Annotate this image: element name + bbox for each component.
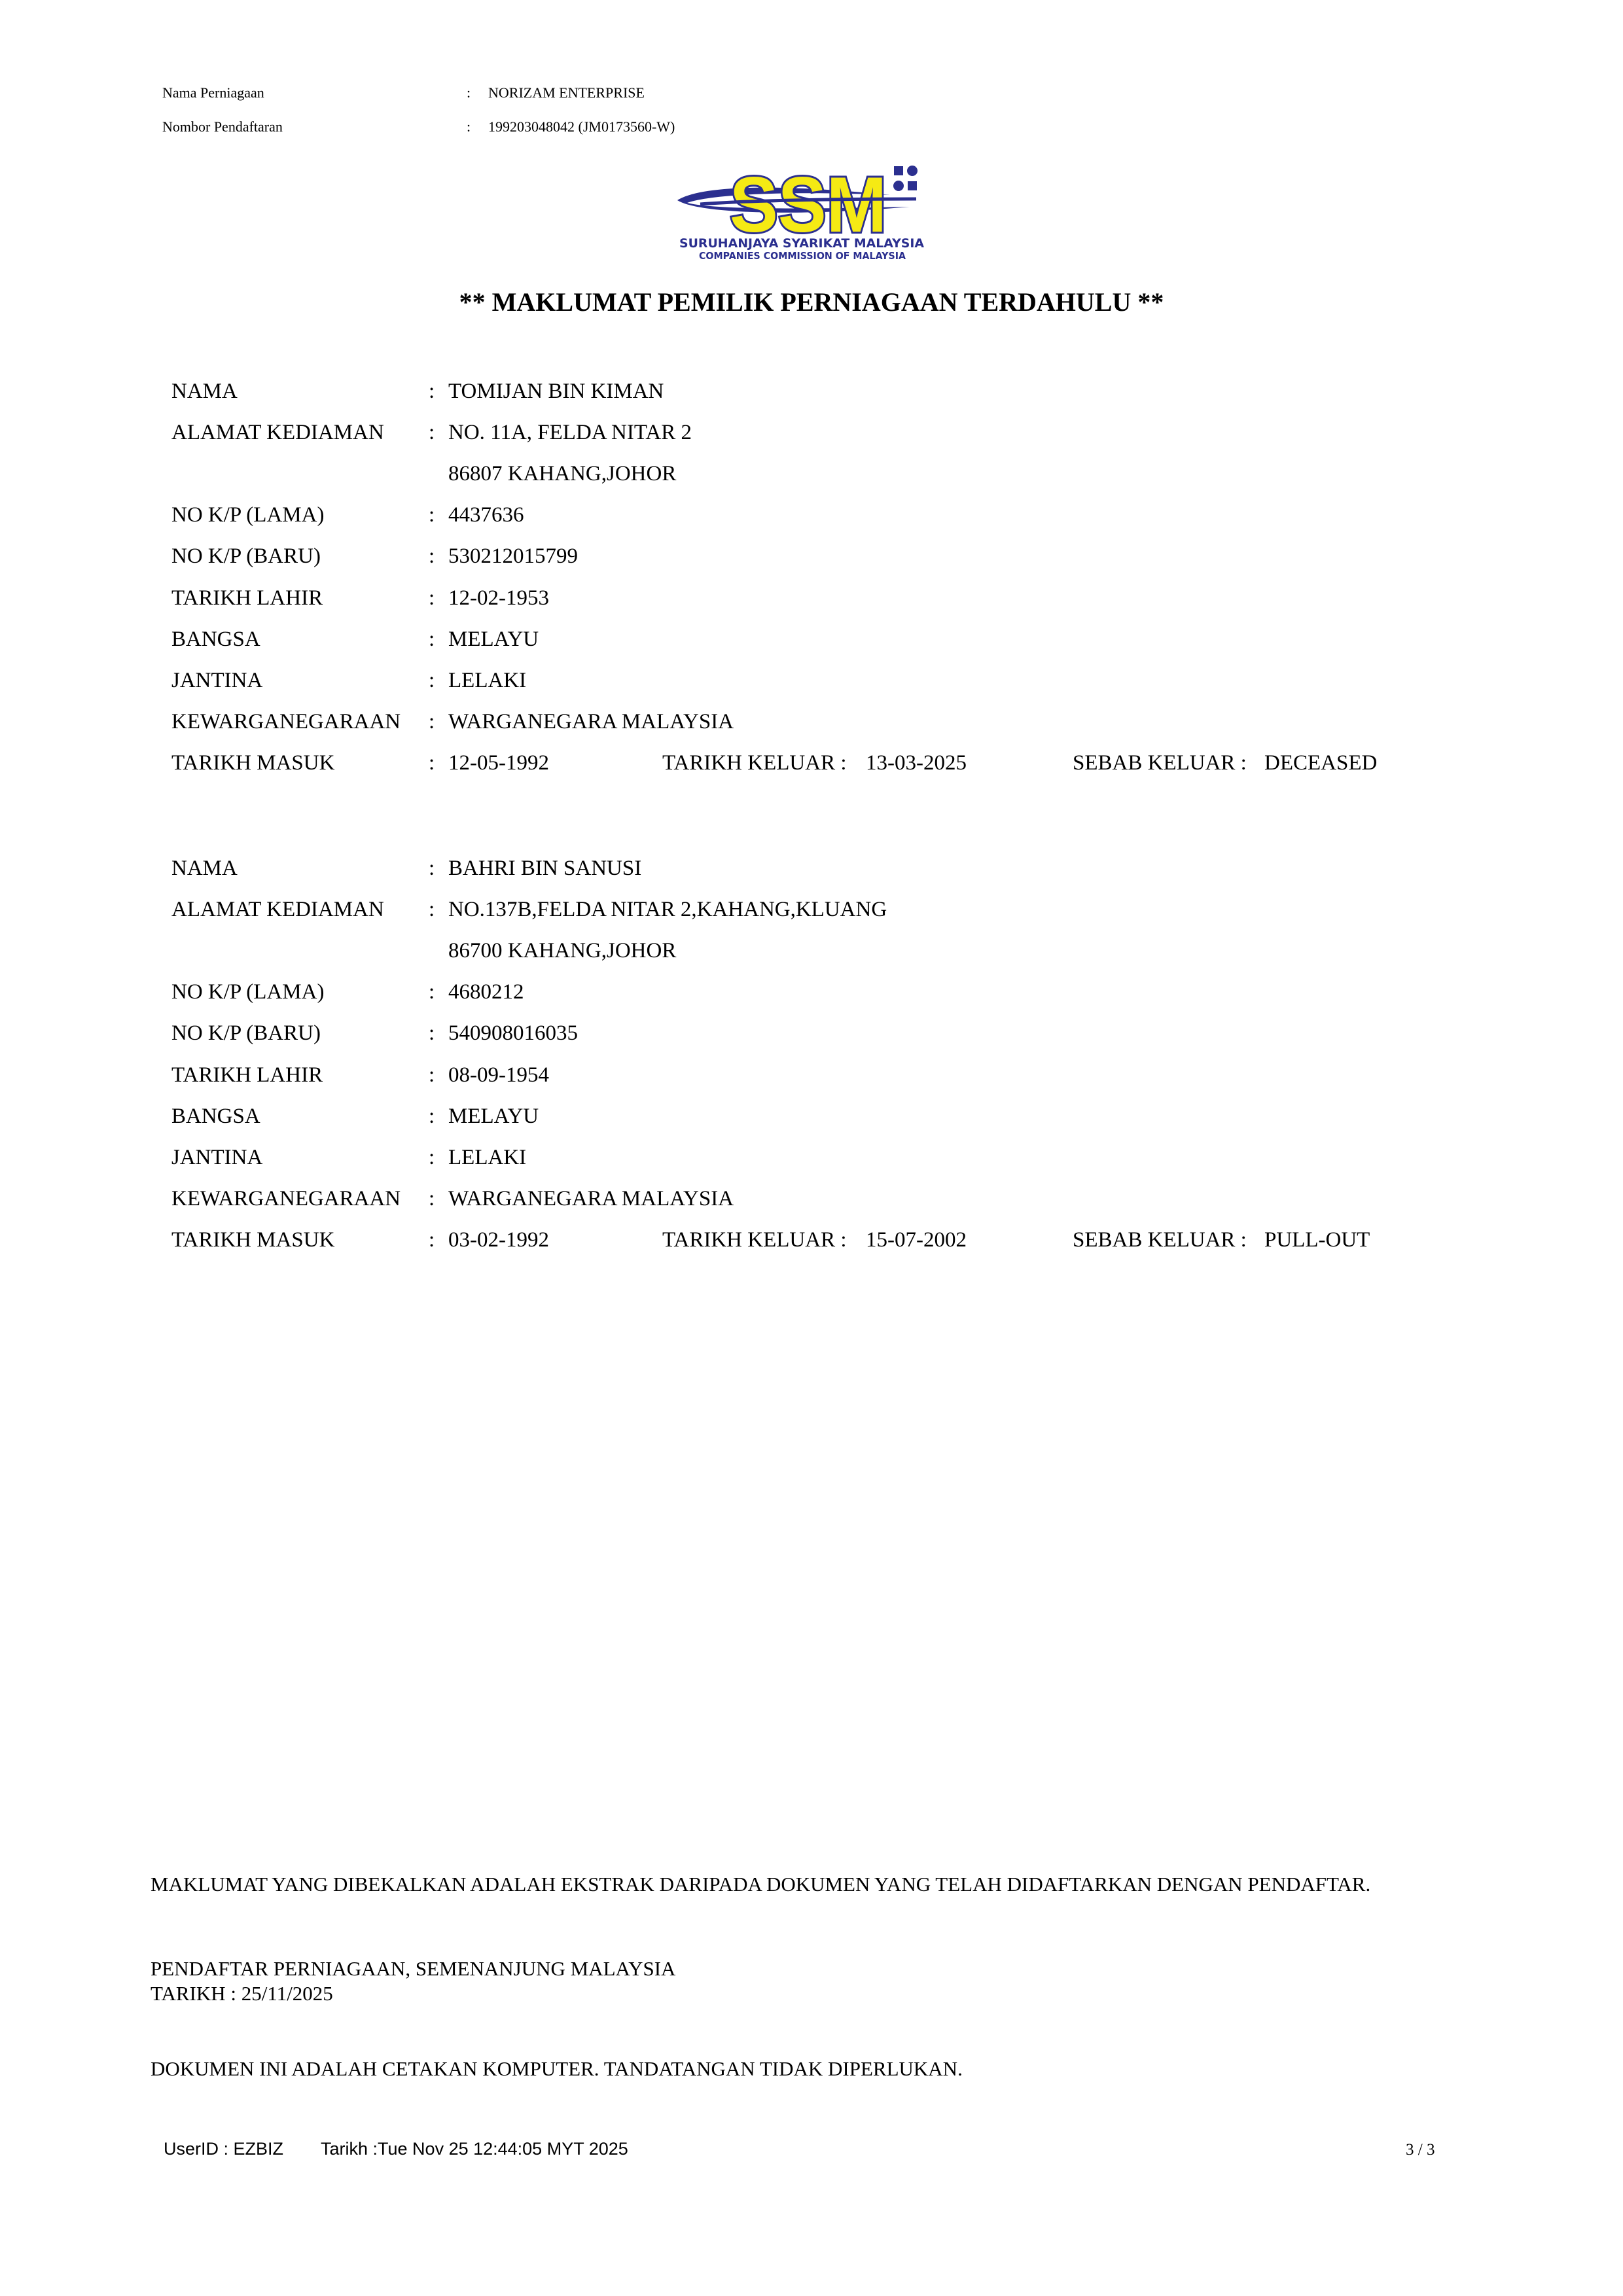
owner-field-colon: : bbox=[429, 381, 435, 402]
owner-field-label: NO K/P (BARU) bbox=[171, 1023, 321, 1044]
owner-field-value: LELAKI bbox=[448, 1147, 526, 1169]
owner-field-colon: : bbox=[429, 422, 435, 444]
owner-field-label: TARIKH LAHIR bbox=[171, 588, 323, 609]
page-number: 3 / 3 bbox=[1406, 2142, 1435, 2158]
svg-text:COMPANIES COMMISSION OF MALAYS: COMPANIES COMMISSION OF MALAYSIA bbox=[699, 250, 906, 262]
svg-text:SURUHANJAYA SYARIKAT MALAYSIA: SURUHANJAYA SYARIKAT MALAYSIA bbox=[679, 236, 924, 251]
entry-date-value: 12-05-1992 bbox=[448, 752, 549, 774]
owner-field-value: 530212015799 bbox=[448, 546, 578, 567]
owner-field-colon: : bbox=[429, 546, 435, 567]
owner-field-value: 540908016035 bbox=[448, 1023, 578, 1044]
entry-date-colon: : bbox=[429, 1229, 435, 1251]
exit-date-value: 13-03-2025 bbox=[866, 752, 967, 774]
page-title: ** MAKLUMAT PEMILIK PERNIAGAAN TERDAHULU… bbox=[0, 287, 1623, 317]
owner-field-label: BANGSA bbox=[171, 629, 260, 650]
owner-field-value: 86700 KAHANG,JOHOR bbox=[448, 940, 676, 962]
entry-date-label: TARIKH MASUK bbox=[171, 1229, 334, 1251]
business-name-value: NORIZAM ENTERPRISE bbox=[488, 86, 645, 100]
registrar-date: TARIKH : 25/11/2025 bbox=[151, 1983, 333, 2004]
owner-field-value: MELAYU bbox=[448, 629, 539, 650]
owner-field-label: NAMA bbox=[171, 858, 238, 879]
owner-field-colon: : bbox=[429, 588, 435, 609]
owner-field-colon: : bbox=[429, 858, 435, 879]
owner-field-colon: : bbox=[429, 899, 435, 921]
owner-field-colon: : bbox=[429, 1023, 435, 1044]
disclaimer-text: MAKLUMAT YANG DIBEKALKAN ADALAH EKSTRAK … bbox=[151, 1874, 1370, 1894]
owner-field-value: WARGANEGARA MALAYSIA bbox=[448, 711, 734, 733]
entry-date-value: 03-02-1992 bbox=[448, 1229, 549, 1251]
exit-date-label: TARIKH KELUAR : bbox=[662, 1229, 847, 1251]
owner-field-colon: : bbox=[429, 670, 435, 692]
owner-field-label: NO K/P (LAMA) bbox=[171, 981, 324, 1003]
owner-field-colon: : bbox=[429, 1106, 435, 1127]
owner-field-label: BANGSA bbox=[171, 1106, 260, 1127]
owner-field-label: NAMA bbox=[171, 381, 238, 402]
owner-field-value: 4680212 bbox=[448, 981, 524, 1003]
owner-field-colon: : bbox=[429, 504, 435, 526]
owner-field-value: MELAYU bbox=[448, 1106, 539, 1127]
owner-field-value: 12-02-1953 bbox=[448, 588, 549, 609]
business-name-colon: : bbox=[467, 86, 471, 100]
user-id: UserID : EZBIZ bbox=[164, 2140, 283, 2158]
registration-number-colon: : bbox=[467, 120, 471, 134]
exit-reason-label: SEBAB KELUAR : bbox=[1073, 752, 1247, 774]
owner-field-label: ALAMAT KEDIAMAN bbox=[171, 899, 384, 921]
exit-date-label: TARIKH KELUAR : bbox=[662, 752, 847, 774]
owner-field-label: JANTINA bbox=[171, 670, 262, 692]
owner-field-label: JANTINA bbox=[171, 1147, 262, 1169]
svg-text:SSM: SSM bbox=[730, 161, 887, 249]
exit-reason-label: SEBAB KELUAR : bbox=[1073, 1229, 1247, 1251]
owner-field-colon: : bbox=[429, 1065, 435, 1086]
owner-field-label: ALAMAT KEDIAMAN bbox=[171, 422, 384, 444]
business-name-label: Nama Perniagaan bbox=[162, 86, 264, 100]
owner-field-colon: : bbox=[429, 629, 435, 650]
owner-field-colon: : bbox=[429, 1147, 435, 1169]
owner-field-value: 4437636 bbox=[448, 504, 524, 526]
owner-field-label: KEWARGANEGARAAN bbox=[171, 711, 401, 733]
entry-date-colon: : bbox=[429, 752, 435, 774]
owner-field-value: 86807 KAHANG,JOHOR bbox=[448, 463, 676, 485]
owner-field-value: TOMIJAN BIN KIMAN bbox=[448, 381, 664, 402]
owner-field-colon: : bbox=[429, 1188, 435, 1210]
ssm-logo-icon: SSM SURUHANJAYA SYARIKAT MALAYSIA COMPAN… bbox=[674, 157, 929, 262]
exit-reason-value: PULL-OUT bbox=[1264, 1229, 1370, 1251]
owner-field-label: NO K/P (BARU) bbox=[171, 546, 321, 567]
owner-field-label: TARIKH LAHIR bbox=[171, 1065, 323, 1086]
owner-field-value: BAHRI BIN SANUSI bbox=[448, 858, 641, 879]
exit-reason-value: DECEASED bbox=[1264, 752, 1377, 774]
owner-field-label: KEWARGANEGARAAN bbox=[171, 1188, 401, 1210]
exit-date-value: 15-07-2002 bbox=[866, 1229, 967, 1251]
entry-date-label: TARIKH MASUK bbox=[171, 752, 334, 774]
registrar-text: PENDAFTAR PERNIAGAAN, SEMENANJUNG MALAYS… bbox=[151, 1958, 675, 1979]
owner-field-colon: : bbox=[429, 981, 435, 1003]
owner-field-value: 08-09-1954 bbox=[448, 1065, 549, 1086]
owner-field-value: LELAKI bbox=[448, 670, 526, 692]
owner-field-value: NO.137B,FELDA NITAR 2,KAHANG,KLUANG bbox=[448, 899, 887, 921]
owner-field-label: NO K/P (LAMA) bbox=[171, 504, 324, 526]
computer-generated-note: DOKUMEN INI ADALAH CETAKAN KOMPUTER. TAN… bbox=[151, 2058, 963, 2079]
owner-field-value: NO. 11A, FELDA NITAR 2 bbox=[448, 422, 692, 444]
owner-field-value: WARGANEGARA MALAYSIA bbox=[448, 1188, 734, 1210]
registration-number-label: Nombor Pendaftaran bbox=[162, 120, 283, 134]
print-timestamp: Tarikh :Tue Nov 25 12:44:05 MYT 2025 bbox=[321, 2140, 628, 2158]
registration-number-value: 199203048042 (JM0173560-W) bbox=[488, 120, 675, 134]
owner-field-colon: : bbox=[429, 711, 435, 733]
